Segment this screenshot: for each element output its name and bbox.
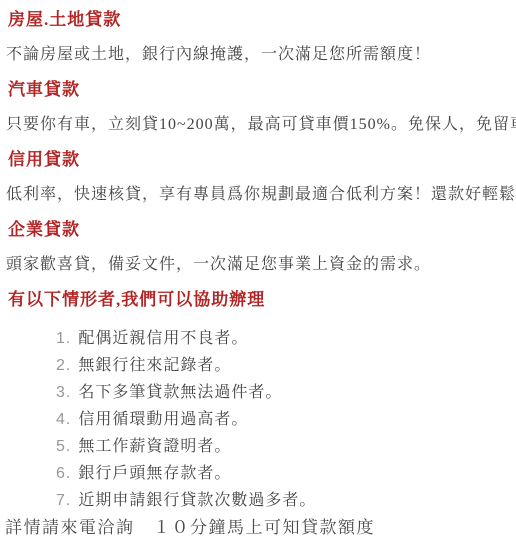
list-item-2: 無銀行往來記錄者。 <box>56 352 516 379</box>
list-item-6: 銀行戶頭無存款者。 <box>56 460 516 487</box>
section-body-car-loan: 只要你有車，立刻貸10~200萬，最高可貸車價150%。免保人，免留車！ <box>0 115 516 134</box>
list-item-3: 名下多筆貸款無法過件者。 <box>56 379 516 406</box>
section-heading-house-land-loan: 房屋.土地貸款 <box>0 10 516 29</box>
list-item-1: 配偶近親信用不良者。 <box>56 325 516 352</box>
section-body-credit-loan: 低利率，快速核貸，享有專員爲你規劃最適合低利方案！還款好輕鬆! <box>0 185 516 204</box>
section-heading-credit-loan: 信用貸款 <box>0 150 516 169</box>
list-item-7: 近期申請銀行貸款次數過多者。 <box>56 487 516 514</box>
conditions-heading: 有以下情形者,我們可以協助辦理 <box>0 290 516 309</box>
list-item-4: 信用循環動用過高者。 <box>56 406 516 433</box>
section-body-house-land-loan: 不論房屋或土地，銀行內線掩護，一次滿足您所需額度！ <box>0 45 516 64</box>
loan-ad-page: 房屋.土地貸款 不論房屋或土地，銀行內線掩護，一次滿足您所需額度！ 汽車貸款 只… <box>0 0 516 548</box>
list-item-5: 無工作薪資證明者。 <box>56 433 516 460</box>
section-body-business-loan: 頭家歡喜貸，備妥文件，一次滿足您事業上資金的需求。 <box>0 255 516 274</box>
contact-footer-note: 詳情請來電洽詢 １０分鐘馬上可知貸款額度 <box>0 517 516 539</box>
section-heading-business-loan: 企業貸款 <box>0 220 516 239</box>
section-heading-car-loan: 汽車貸款 <box>0 80 516 99</box>
conditions-list: 配偶近親信用不良者。 無銀行往來記錄者。 名下多筆貸款無法過件者。 信用循環動用… <box>0 325 516 514</box>
